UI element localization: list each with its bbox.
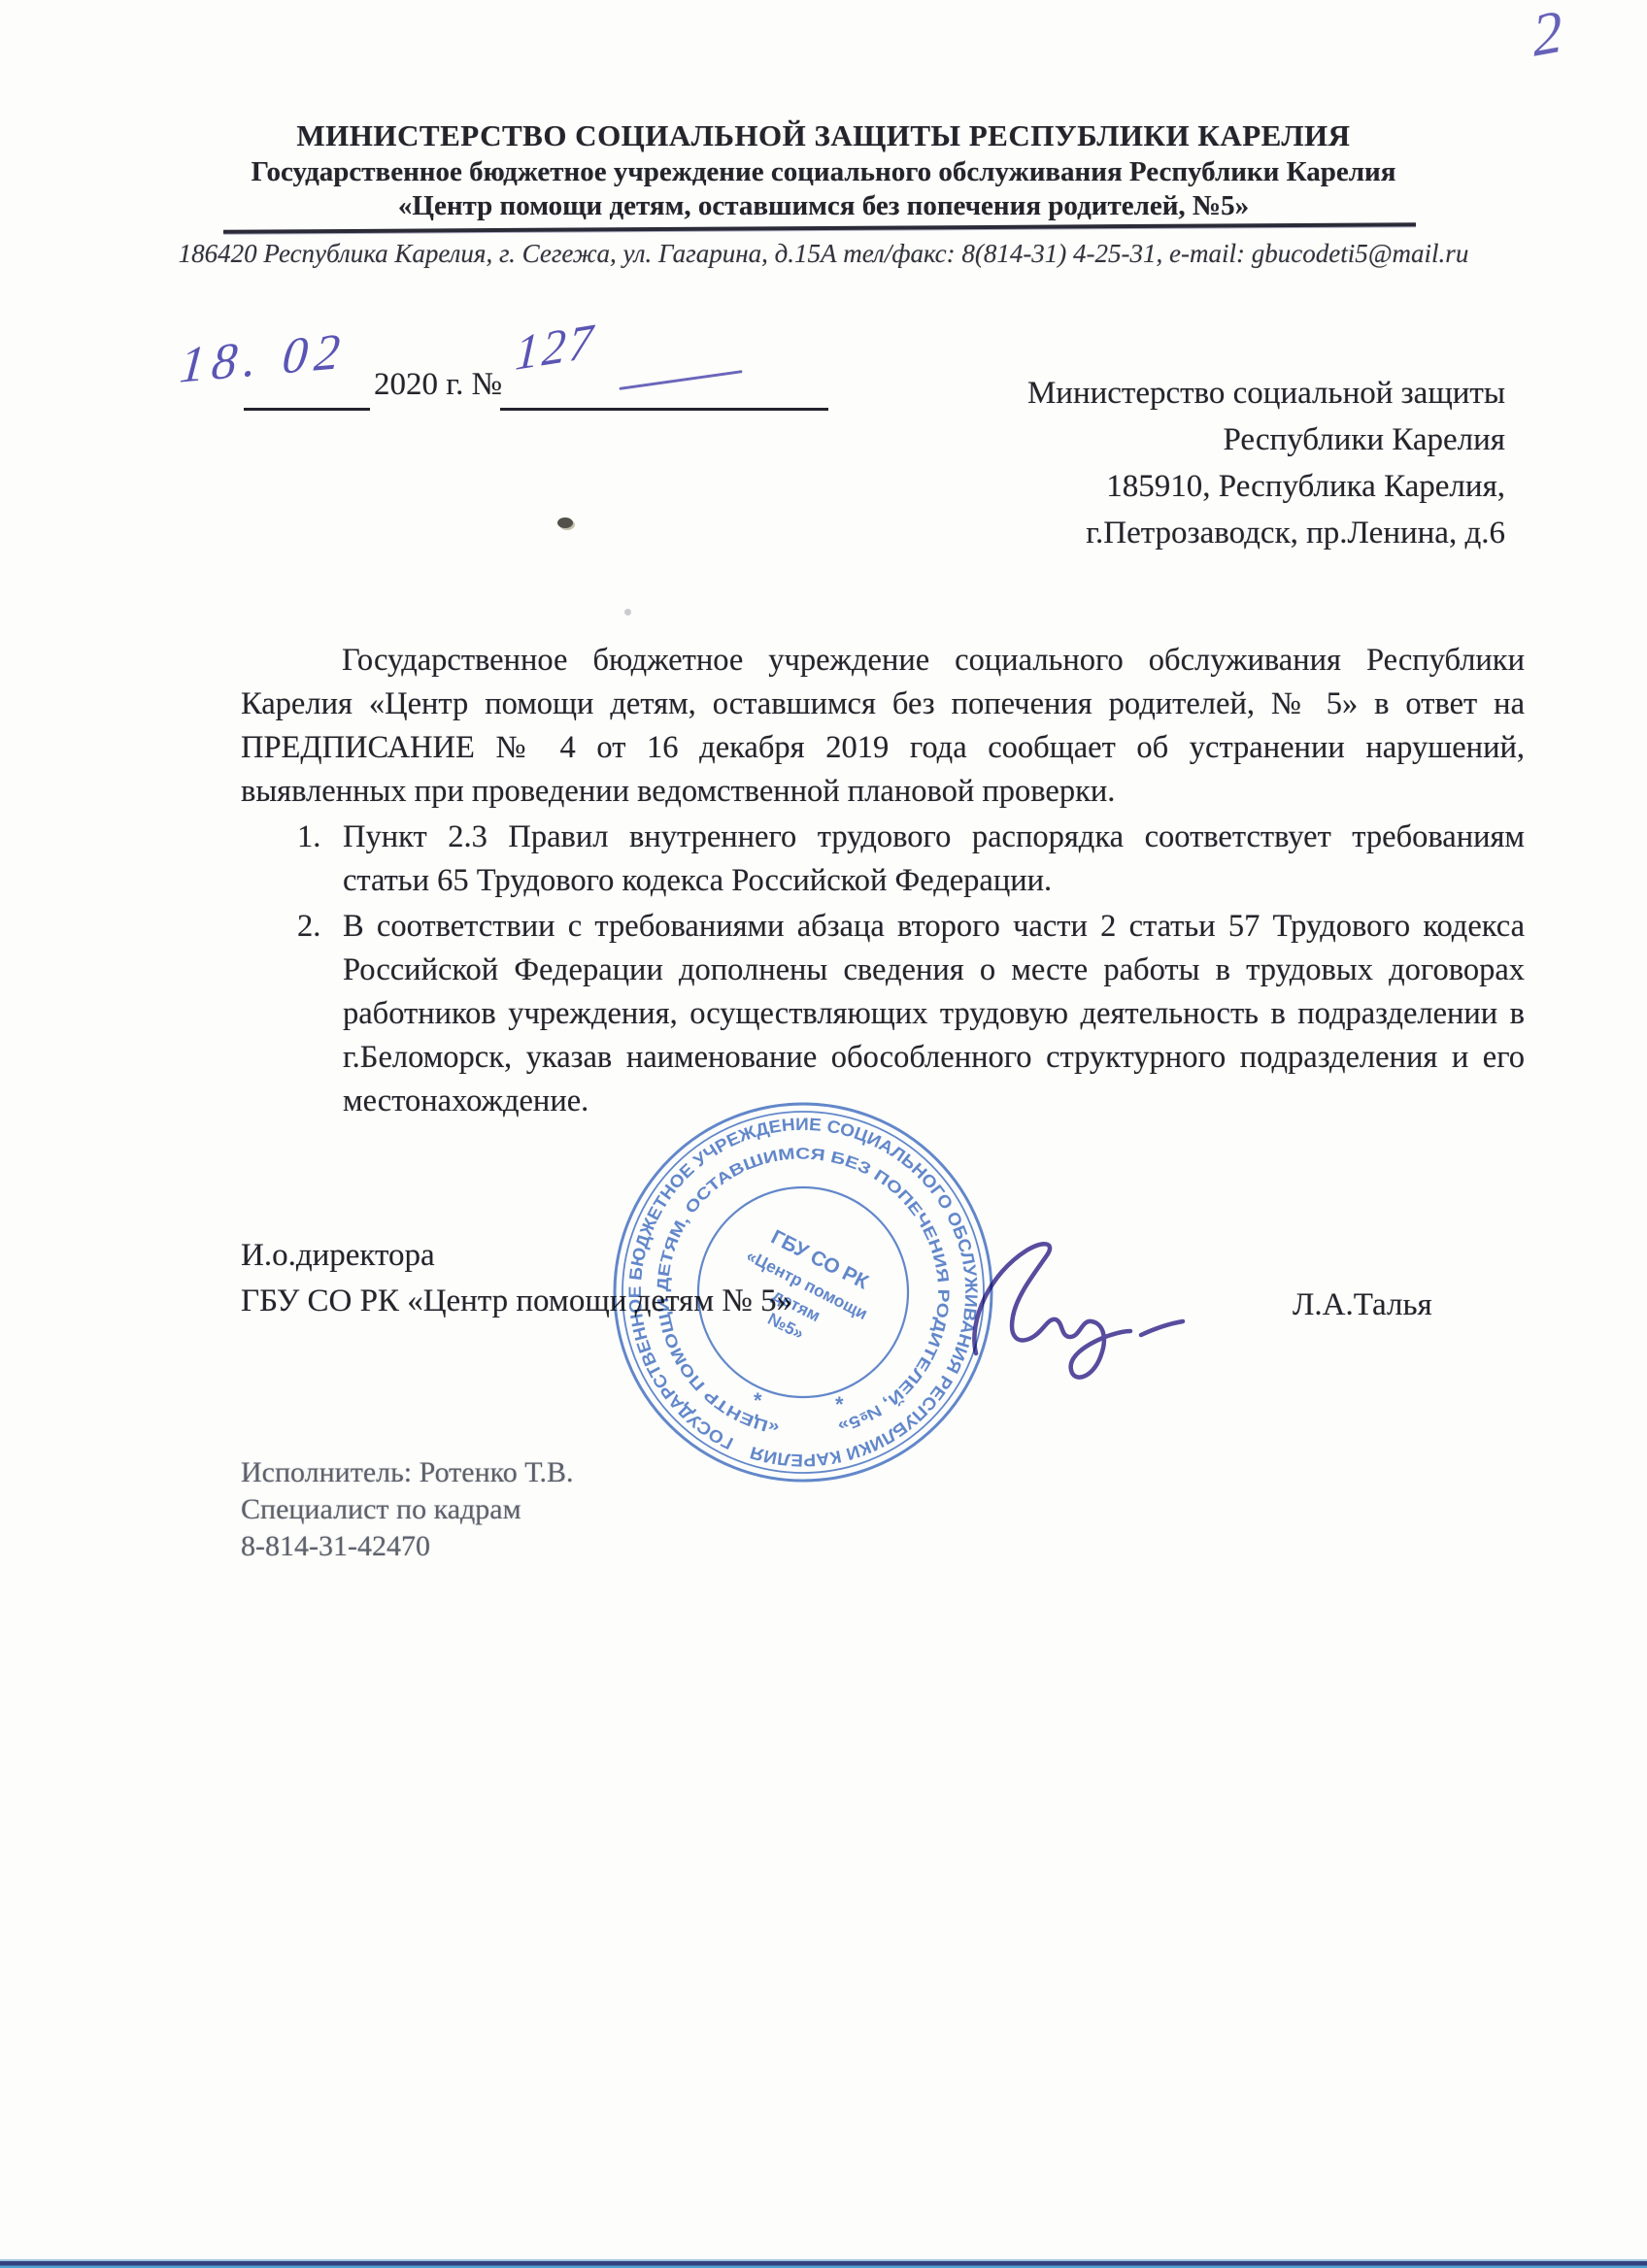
stamp-center-text: ГБУ СО РК «Центр помощи детям №5» [723, 1219, 885, 1365]
official-round-stamp: ГОСУДАРСТВЕННОЕ БЮДЖЕТНОЕ УЧРЕЖДЕНИЕ СОЦ… [610, 1099, 996, 1485]
letterhead: МИНИСТЕРСТВО СОЦИАЛЬНОЙ ЗАЩИТЫ РЕСПУБЛИК… [0, 118, 1647, 222]
reference-line: 18. 02 2020 г. № 127 [180, 330, 879, 427]
list-item: 1. Пункт 2.3 Правил внутреннего трудовог… [297, 816, 1525, 903]
list-item: 2. В соответствии с требованиями абзаца … [297, 905, 1525, 1123]
handwritten-page-number: 2 [1530, 0, 1565, 72]
executor-line: Исполнитель: Ротенко Т.В. [241, 1454, 574, 1491]
scanned-letter-page: 2 МИНИСТЕРСТВО СОЦИАЛЬНОЙ ЗАЩИТЫ РЕСПУБЛ… [0, 0, 1647, 2268]
list-item-number: 1. [297, 816, 343, 903]
scan-artifact-dot [624, 609, 631, 616]
institution-name: «Центр помощи детям, оставшимся без попе… [0, 190, 1647, 222]
ministry-name: МИНИСТЕРСТВО СОЦИАЛЬНОЙ ЗАЩИТЫ РЕСПУБЛИК… [0, 118, 1647, 153]
letterhead-divider [223, 222, 1416, 234]
recipient-address: Министерство социальной защиты Республик… [1027, 370, 1505, 556]
recipient-line: Министерство социальной защиты [1027, 370, 1505, 417]
letter-body: Государственное бюджетное учреждение соц… [241, 639, 1525, 1123]
recipient-line: Республики Карелия [1027, 417, 1505, 463]
executor-line: 8-814-31-42470 [241, 1528, 574, 1565]
contact-line: 186420 Республика Карелия, г. Сегежа, ул… [0, 239, 1647, 269]
handwritten-signature [947, 1219, 1199, 1394]
executor-line: Специалист по кадрам [241, 1491, 574, 1528]
number-underline [500, 408, 828, 411]
scan-bottom-edge [0, 2255, 1647, 2268]
list-item-text: Пункт 2.3 Правил внутреннего трудового р… [343, 816, 1525, 903]
ink-smudge [557, 517, 573, 528]
handwritten-date: 18. 02 [178, 322, 350, 395]
date-number-label: 2020 г. № [374, 367, 502, 403]
handwritten-pen-stroke [619, 370, 742, 390]
body-paragraph: Государственное бюджетное учреждение соц… [241, 639, 1525, 814]
stamp-star-separator: * [754, 1388, 762, 1413]
stamp-star-separator: * [835, 1392, 844, 1417]
recipient-line: г.Петрозаводск, пр.Ленина, д.6 [1027, 510, 1505, 556]
list-item-text: В соответствии с требованиями абзаца вто… [343, 905, 1525, 1123]
list-item-number: 2. [297, 905, 343, 1123]
recipient-line: 185910, Республика Карелия, [1027, 463, 1505, 510]
handwritten-outgoing-number: 127 [514, 312, 597, 382]
signer-name: Л.А.Талья [1293, 1287, 1432, 1323]
institution-type: Государственное бюджетное учреждение соц… [0, 156, 1647, 188]
executor-block: Исполнитель: Ротенко Т.В. Специалист по … [241, 1454, 574, 1565]
date-underline [244, 408, 370, 411]
